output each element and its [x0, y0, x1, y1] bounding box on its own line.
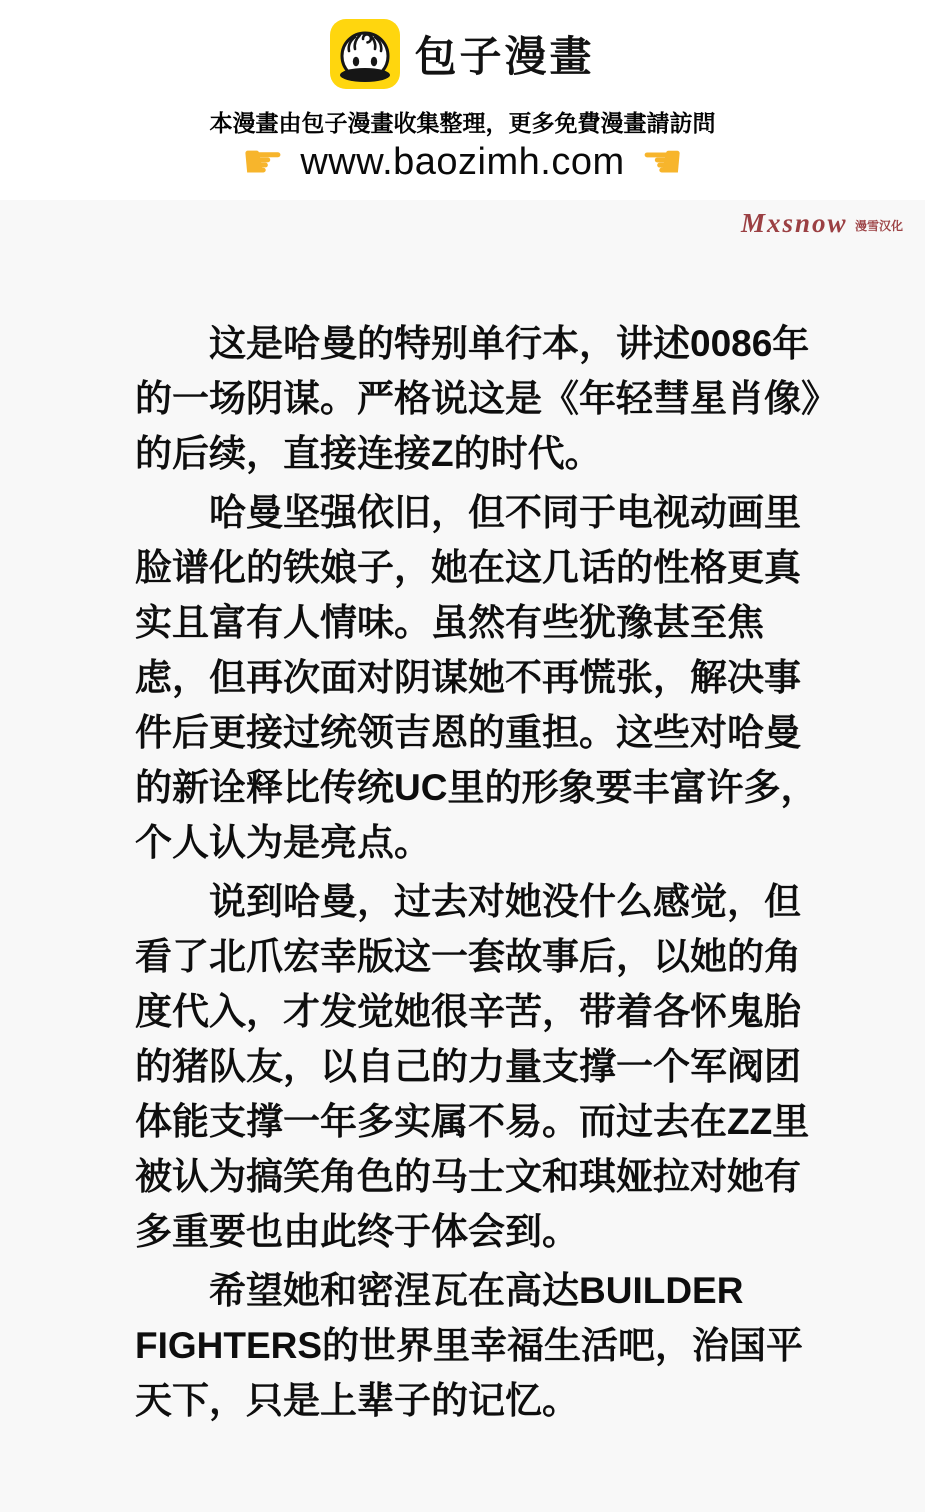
- watermark-name: Mxsnow: [741, 208, 848, 238]
- afterword-paragraph-1: 这是哈曼的特别单行本，讲述0086年的一场阴谋。严格说这是《年轻彗星肖像》的后续…: [135, 316, 821, 481]
- site-header: 包子漫畫 本漫畫由包子漫畫收集整理，更多免費漫畫請訪問 ☛ www.baozim…: [0, 0, 925, 200]
- pointing-right-icon: ☛: [241, 142, 284, 182]
- baozi-bun-icon: [330, 19, 400, 89]
- afterword-paragraph-4: 希望她和密涅瓦在高达BUILDER FIGHTERS的世界里幸福生活吧，治国平天…: [135, 1263, 821, 1428]
- site-url-row: ☛ www.baozimh.com ☚: [0, 141, 925, 183]
- scanlation-watermark: Mxsnow 漫雪汉化: [741, 208, 903, 239]
- pointing-left-icon: ☚: [641, 142, 684, 182]
- logo-text: 包子漫畫: [414, 24, 594, 84]
- afterword-text: 这是哈曼的特别单行本，讲述0086年的一场阴谋。严格说这是《年轻彗星肖像》的后续…: [135, 316, 821, 1432]
- collection-notice: 本漫畫由包子漫畫收集整理，更多免費漫畫請訪問: [0, 105, 925, 138]
- watermark-group-label: 漫雪汉化: [855, 219, 903, 233]
- baozi-logo: 包子漫畫: [0, 0, 925, 90]
- screen: 包子漫畫 本漫畫由包子漫畫收集整理，更多免費漫畫請訪問 ☛ www.baozim…: [0, 0, 925, 1512]
- afterword-paragraph-2: 哈曼坚强依旧，但不同于电视动画里脸谱化的铁娘子，她在这几话的性格更真实且富有人情…: [135, 485, 821, 870]
- site-url: www.baozimh.com: [300, 141, 624, 183]
- afterword-paragraph-3: 说到哈曼，过去对她没什么感觉，但看了北爪宏幸版这一套故事后，以她的角度代入，才发…: [135, 874, 821, 1259]
- manga-page-image: Mxsnow 漫雪汉化 这是哈曼的特别单行本，讲述0086年的一场阴谋。严格说这…: [0, 200, 925, 1512]
